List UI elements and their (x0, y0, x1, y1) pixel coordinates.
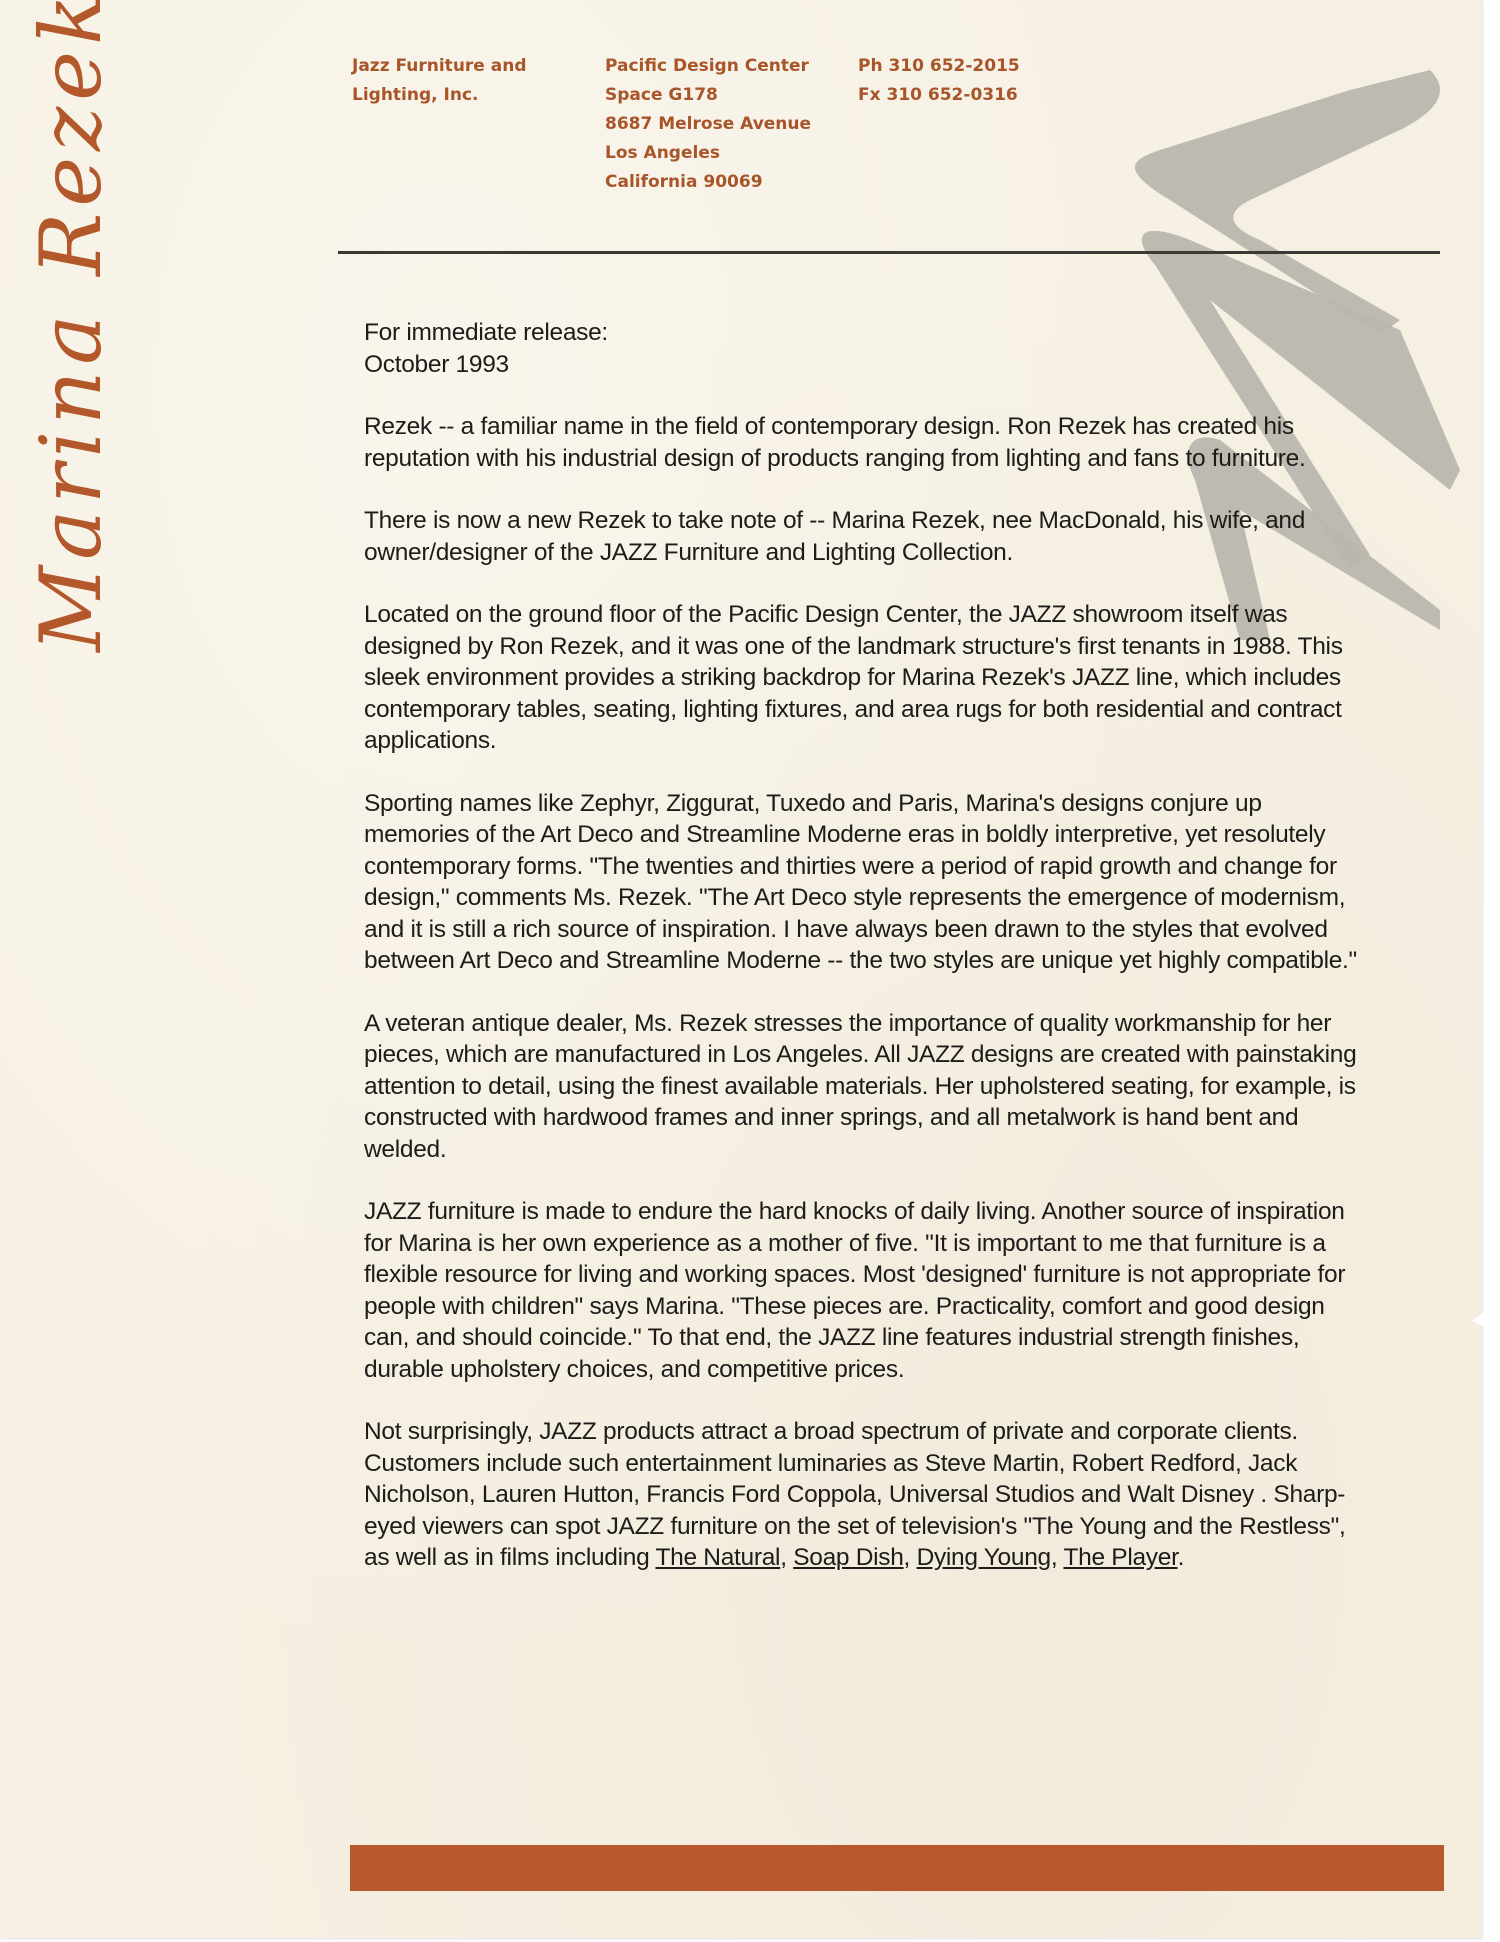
company-line: Jazz Furniture and (352, 52, 527, 81)
address-line: 8687 Melrose Avenue (605, 110, 811, 139)
period: . (1178, 1544, 1185, 1571)
paragraph: There is now a new Rezek to take note of… (364, 505, 1364, 568)
paragraph: Located on the ground floor of the Pacif… (364, 599, 1364, 757)
film-title: The Natural (655, 1544, 780, 1571)
paragraph: Rezek -- a familiar name in the field of… (364, 411, 1364, 474)
address-line: California 90069 (605, 168, 811, 197)
release-header: For immediate release: October 1993 (364, 317, 1364, 380)
final-paragraph: Not surprisingly, JAZZ products attract … (364, 1416, 1364, 1574)
letterhead-page: Marina Rezek Jazz Furniture and Lighting… (0, 0, 1482, 1938)
paragraph: A veteran antique dealer, Ms. Rezek stre… (364, 1008, 1364, 1166)
company-name: Jazz Furniture and Lighting, Inc. (352, 52, 527, 110)
signature-text: Marina Rezek (22, 0, 120, 652)
company-address: Pacific Design Center Space G178 8687 Me… (605, 52, 811, 197)
fax-number: Fx 310 652-0316 (858, 81, 1020, 110)
address-line: Pacific Design Center (605, 52, 811, 81)
release-label: For immediate release: (364, 317, 1364, 349)
separator: , (780, 1544, 793, 1571)
footer-bar (350, 1845, 1444, 1891)
film-title: Dying Young (917, 1544, 1051, 1571)
release-date: October 1993 (364, 349, 1364, 381)
film-title: The Player (1063, 1544, 1177, 1571)
film-title: Soap Dish (793, 1544, 903, 1571)
paragraph: JAZZ furniture is made to endure the har… (364, 1196, 1364, 1385)
separator: , (904, 1544, 917, 1571)
company-contact: Ph 310 652-2015 Fx 310 652-0316 (858, 52, 1020, 110)
vertical-signature: Marina Rezek (36, 60, 106, 580)
address-line: Los Angeles (605, 139, 811, 168)
separator: , (1051, 1544, 1064, 1571)
company-line: Lighting, Inc. (352, 81, 527, 110)
address-line: Space G178 (605, 81, 811, 110)
phone-number: Ph 310 652-2015 (858, 52, 1020, 81)
paragraph: Sporting names like Zephyr, Ziggurat, Tu… (364, 788, 1364, 977)
header-divider (338, 251, 1440, 254)
press-release-body: For immediate release: October 1993 Reze… (364, 317, 1364, 1605)
